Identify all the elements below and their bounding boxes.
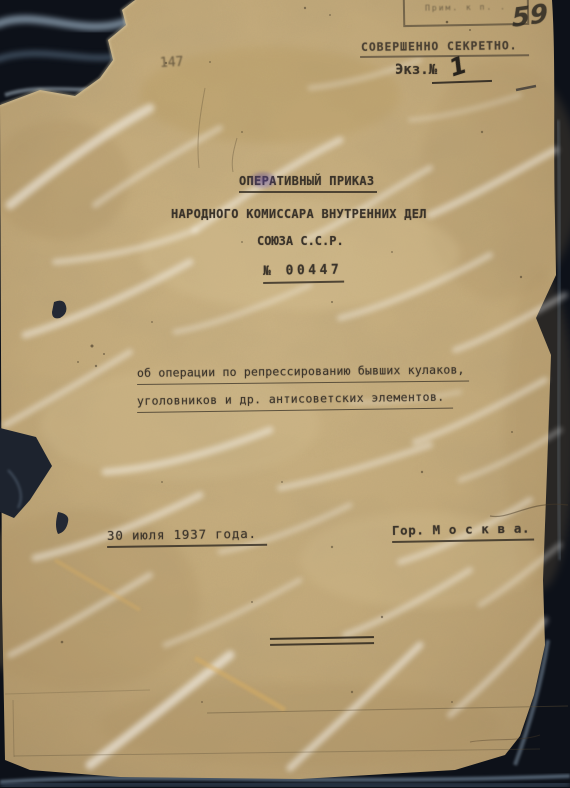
corner-page-number: 59 bbox=[511, 0, 548, 34]
date-line: 30 июля 1937 года. bbox=[107, 526, 267, 548]
registration-stamp-box: Прим. к п. . bbox=[403, 0, 530, 27]
order-number: № 00447 bbox=[263, 263, 345, 284]
document-scan: Прим. к п. . 59 147 СОВЕРШЕННО СЕКРЕТНО.… bbox=[0, 0, 570, 788]
subject-line-1: об операции по репрессированию бывших ку… bbox=[137, 363, 469, 385]
stamp-text: Прим. к п. . bbox=[405, 2, 527, 13]
copy-number-label: Экз.№ bbox=[395, 62, 437, 78]
pencil-note: 147 bbox=[160, 55, 184, 71]
title-line-2: НАРОДНОГО КОМИССАРА ВНУТРЕННИХ ДЕЛ bbox=[171, 207, 427, 221]
city-line: Гор. М о с к в а. bbox=[392, 521, 534, 543]
title-line-3: СОЮЗА С.С.Р. bbox=[257, 234, 344, 248]
ink-smudge bbox=[249, 171, 277, 189]
